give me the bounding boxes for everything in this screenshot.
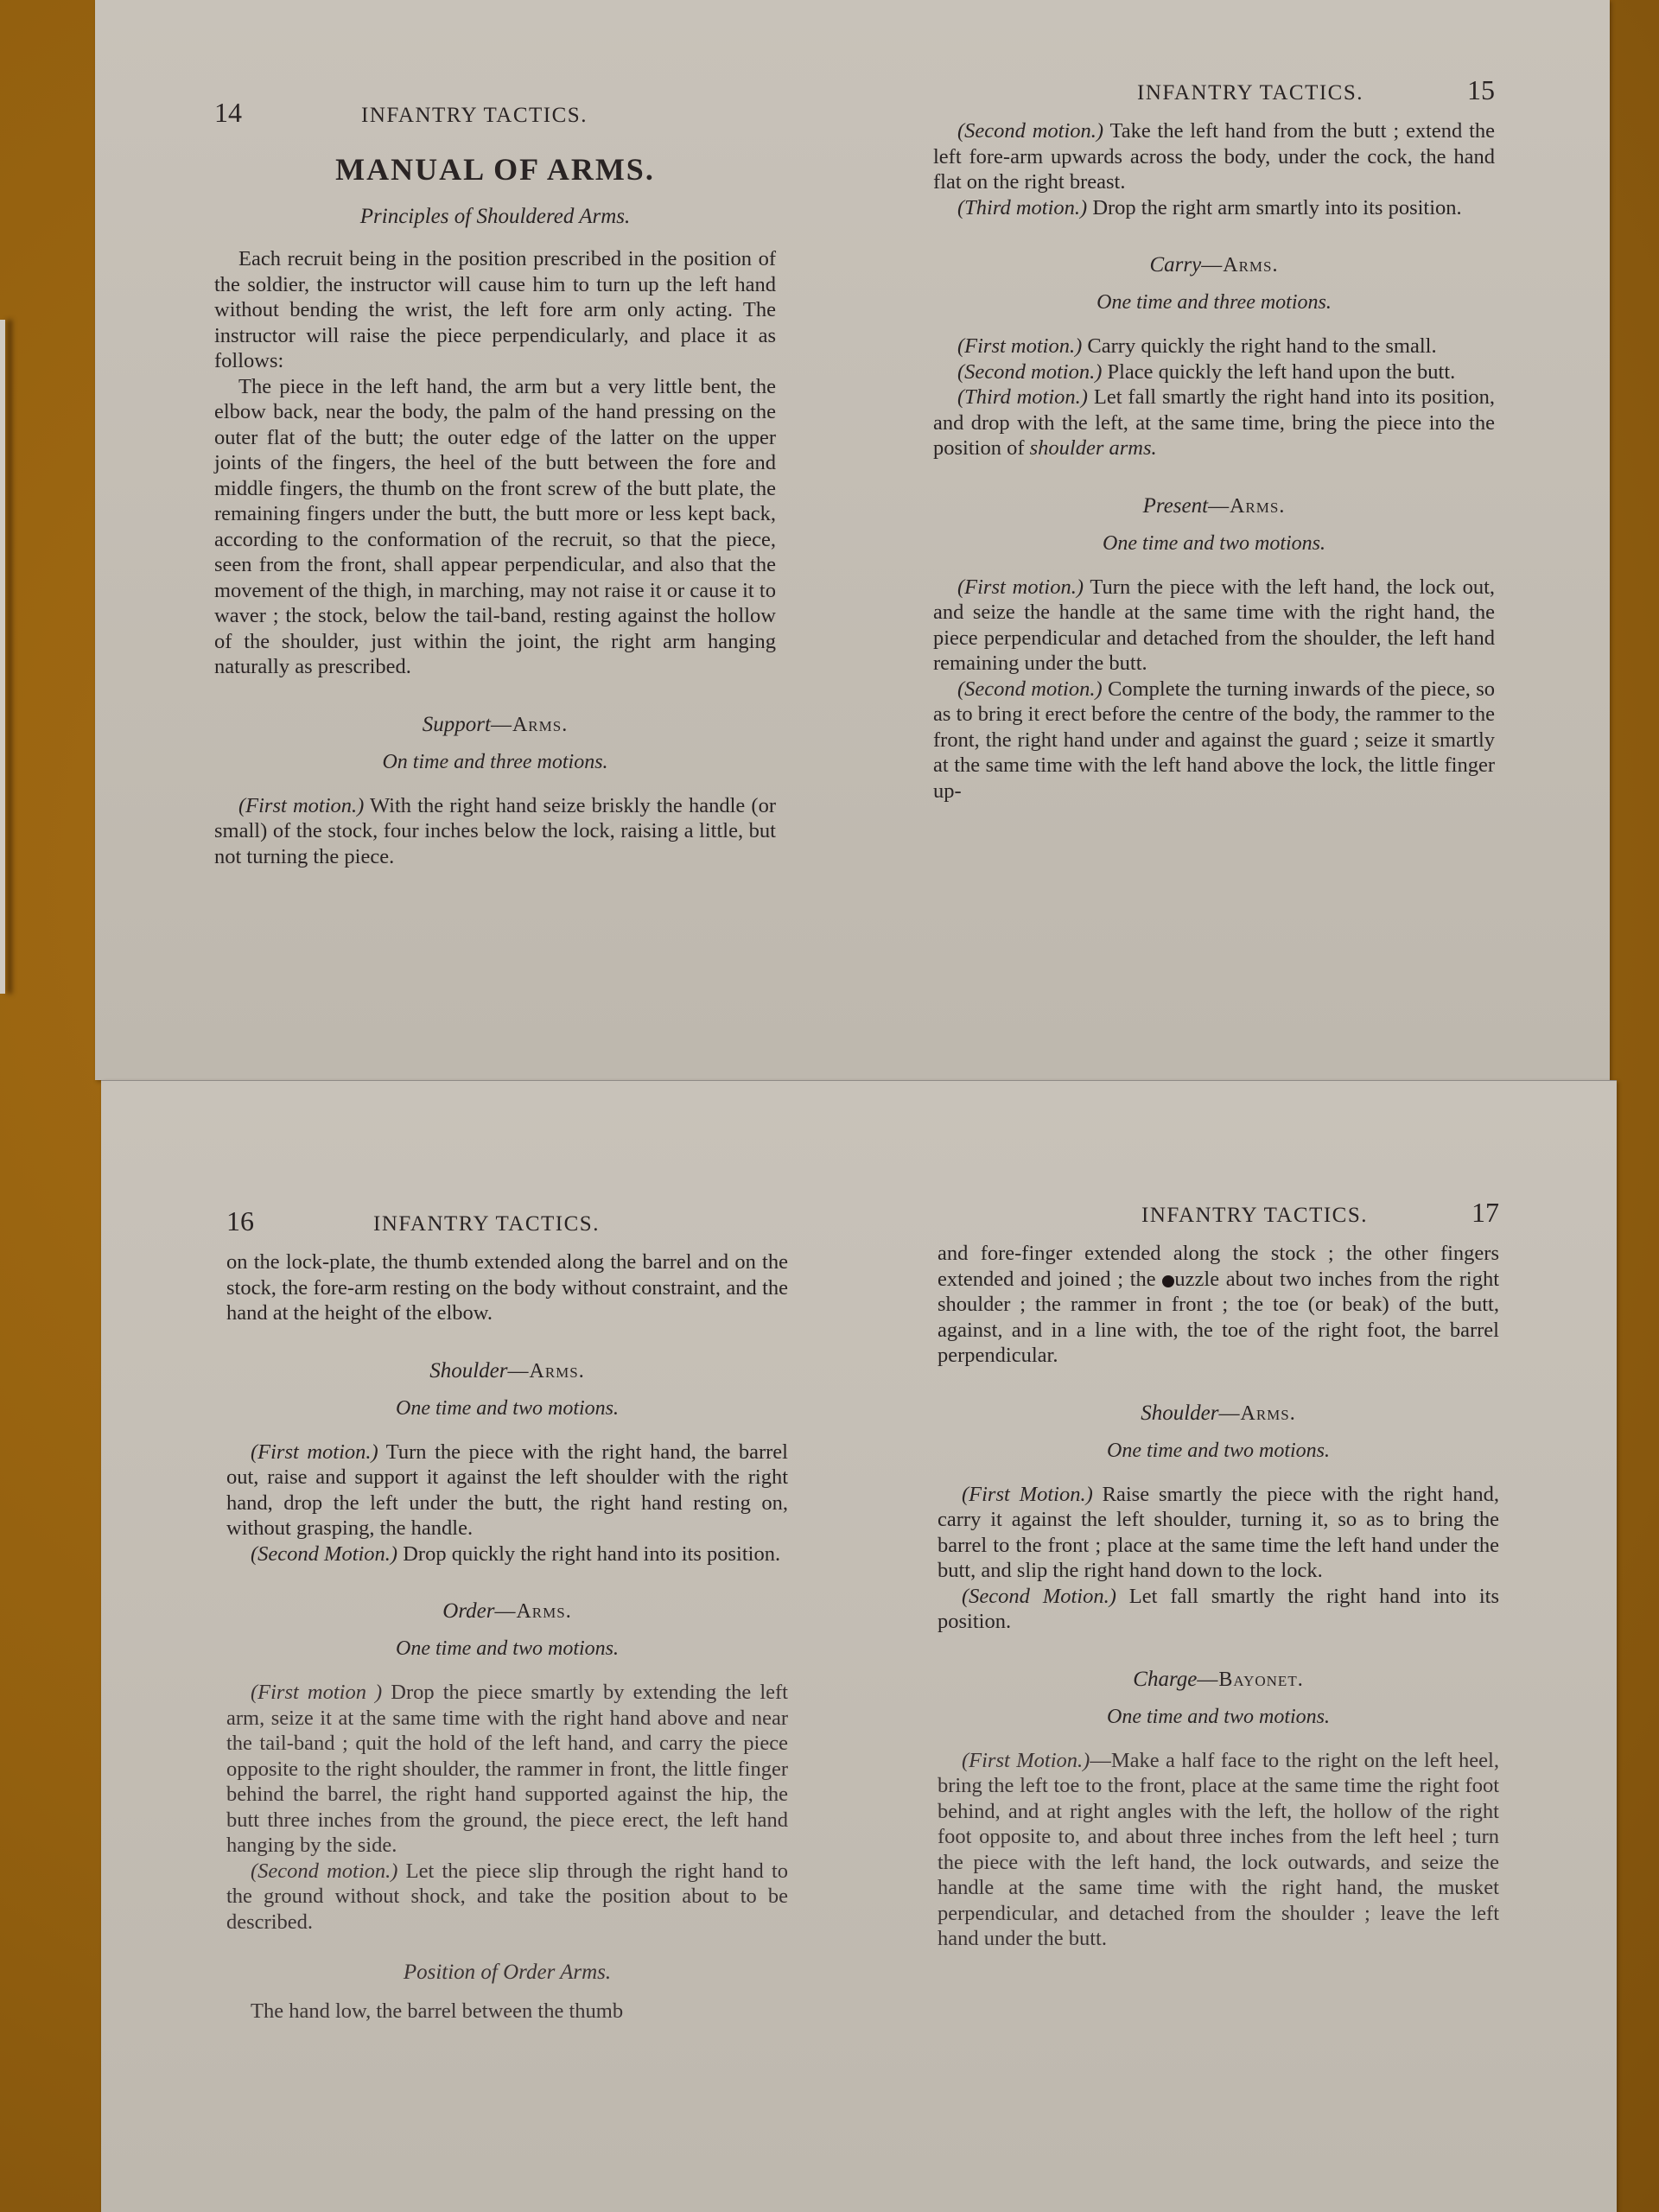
ink-blot xyxy=(1162,1275,1174,1287)
chapter-title: MANUAL OF ARMS. xyxy=(214,151,776,188)
command-heading: Carry—Arms. xyxy=(933,253,1495,277)
command-subheading: One time and two motions. xyxy=(226,1397,788,1421)
command-subheading: One time and two motions. xyxy=(938,1706,1499,1729)
motion-paragraph: (Second Motion.) Let fall smartly the ri… xyxy=(938,1584,1499,1635)
motion-paragraph: (Second motion.) Let the piece slip thro… xyxy=(226,1859,788,1935)
motion-paragraph: (First motion.) Turn the piece with the … xyxy=(933,575,1495,677)
section-heading: Position of Order Arms. xyxy=(226,1961,788,1985)
page-number: 17 xyxy=(1471,1197,1499,1229)
page-header: 16 INFANTRY TACTICS. xyxy=(226,1205,788,1237)
page-header: 14 INFANTRY TACTICS. xyxy=(214,97,776,129)
motion-paragraph: (First Motion.)—Make a half face to the … xyxy=(938,1748,1499,1952)
paragraph: on the lock-plate, the thumb extended al… xyxy=(226,1249,788,1326)
motion-paragraph: (Second Motion.) Drop quickly the right … xyxy=(226,1541,788,1567)
page-number: 15 xyxy=(1467,74,1495,106)
page-number: 16 xyxy=(226,1205,373,1237)
command-subheading: One time and two motions. xyxy=(933,532,1495,556)
running-head: INFANTRY TACTICS. xyxy=(361,104,588,128)
page-14: 14 INFANTRY TACTICS. MANUAL OF ARMS. Pri… xyxy=(214,97,776,869)
page-16: 16 INFANTRY TACTICS. on the lock-plate, … xyxy=(226,1205,788,2024)
page-header: INFANTRY TACTICS. 15 xyxy=(933,74,1495,106)
section-subtitle: Principles of Shouldered Arms. xyxy=(214,205,776,229)
command-subheading: On time and three motions. xyxy=(214,751,776,774)
paragraph: Each recruit being in the position presc… xyxy=(214,246,776,374)
motion-paragraph: (Third motion.) Let fall smartly the rig… xyxy=(933,385,1495,461)
motion-paragraph: (First Motion.) Raise smartly the piece … xyxy=(938,1482,1499,1584)
running-head: INFANTRY TACTICS. xyxy=(1141,1204,1368,1228)
command-heading: Shoulder—Arms. xyxy=(938,1402,1499,1426)
command-subheading: One time and two motions. xyxy=(938,1440,1499,1463)
page-header: INFANTRY TACTICS. 17 xyxy=(938,1197,1499,1229)
page-15: INFANTRY TACTICS. 15 (Second motion.) Ta… xyxy=(933,74,1495,804)
motion-paragraph: (Second motion.) Place quickly the left … xyxy=(933,359,1495,385)
running-head: INFANTRY TACTICS. xyxy=(1137,81,1363,105)
motion-paragraph: (First motion.) With the right hand seiz… xyxy=(214,793,776,870)
command-heading: Order—Arms. xyxy=(226,1599,788,1624)
command-subheading: One time and two motions. xyxy=(226,1637,788,1661)
running-head: INFANTRY TACTICS. xyxy=(373,1212,600,1236)
command-heading: Support—Arms. xyxy=(214,713,776,737)
motion-paragraph: (First motion.) Turn the piece with the … xyxy=(226,1440,788,1541)
command-heading: Present—Arms. xyxy=(933,494,1495,518)
page-17: INFANTRY TACTICS. 17 and fore-finger ext… xyxy=(938,1197,1499,1952)
command-subheading: One time and three motions. xyxy=(933,291,1495,315)
paragraph: The hand low, the barrel between the thu… xyxy=(226,1999,788,2024)
motion-paragraph: (Second motion.) Complete the turning in… xyxy=(933,677,1495,804)
paragraph: The piece in the left hand, the arm but … xyxy=(214,374,776,680)
command-heading: Charge—Bayonet. xyxy=(938,1668,1499,1692)
page-number: 14 xyxy=(214,97,361,129)
paragraph: and fore-finger extended along the stock… xyxy=(938,1241,1499,1369)
command-heading: Shoulder—Arms. xyxy=(226,1359,788,1383)
motion-paragraph: (Second motion.) Take the left hand from… xyxy=(933,118,1495,195)
motion-paragraph: (Third motion.) Drop the right arm smart… xyxy=(933,195,1495,221)
adjacent-sheet-edge xyxy=(0,320,5,994)
motion-paragraph: (First motion ) Drop the piece smartly b… xyxy=(226,1680,788,1859)
motion-paragraph: (First motion.) Carry quickly the right … xyxy=(933,334,1495,359)
